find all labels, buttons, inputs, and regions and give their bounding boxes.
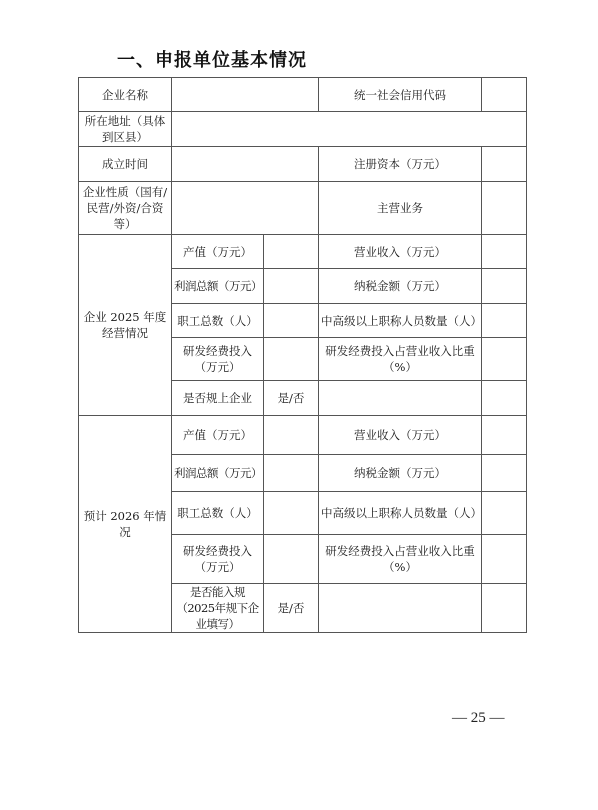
value-field[interactable]	[264, 455, 319, 492]
value-field[interactable]	[482, 492, 527, 535]
page-number: — 25 —	[452, 710, 505, 727]
empty-cell	[319, 381, 482, 416]
value-field[interactable]	[264, 535, 319, 584]
address-field[interactable]	[172, 112, 527, 147]
row-label: 纳税金额（万元）	[319, 269, 482, 304]
scale-choice[interactable]: 是/否	[264, 381, 319, 416]
forecast-2026-label: 预计 2026 年情况	[79, 416, 172, 633]
row-label: 营业收入（万元）	[319, 235, 482, 269]
value-field[interactable]	[264, 304, 319, 338]
table-row: 企业 2025 年度经营情况 产值（万元） 营业收入（万元）	[79, 235, 527, 269]
main-business-field[interactable]	[482, 182, 527, 235]
company-name-field[interactable]	[172, 78, 319, 112]
empty-cell	[482, 381, 527, 416]
application-form-table: 企业名称 统一社会信用代码 所在地址（具体到区县） 成立时间 注册资本（万元） …	[78, 77, 527, 633]
value-field[interactable]	[482, 304, 527, 338]
empty-cell	[482, 584, 527, 633]
value-field[interactable]	[264, 338, 319, 381]
row-label: 研发经费投入占营业收入比重（%）	[319, 338, 482, 381]
value-field[interactable]	[264, 235, 319, 269]
scale-choice[interactable]: 是/否	[264, 584, 319, 633]
nature-label: 企业性质（国有/民营/外资/合资等）	[79, 182, 172, 235]
empty-cell	[319, 584, 482, 633]
value-field[interactable]	[482, 269, 527, 304]
value-field[interactable]	[482, 235, 527, 269]
operations-2025-label: 企业 2025 年度经营情况	[79, 235, 172, 416]
value-field[interactable]	[264, 492, 319, 535]
row-nature: 企业性质（国有/民营/外资/合资等） 主营业务	[79, 182, 527, 235]
row-label: 利润总额（万元）	[172, 269, 264, 304]
row-label: 产值（万元）	[172, 416, 264, 455]
founded-field[interactable]	[172, 147, 319, 182]
row-label: 纳税金额（万元）	[319, 455, 482, 492]
row-label: 研发经费投入占营业收入比重（%）	[319, 535, 482, 584]
row-label: 研发经费投入（万元）	[172, 338, 264, 381]
value-field[interactable]	[482, 535, 527, 584]
founded-label: 成立时间	[79, 147, 172, 182]
nature-field[interactable]	[172, 182, 319, 235]
row-label: 产值（万元）	[172, 235, 264, 269]
value-field[interactable]	[482, 338, 527, 381]
section-title: 一、申报单位基本情况	[117, 46, 307, 72]
scale-label: 是否规上企业	[172, 381, 264, 416]
registered-capital-label: 注册资本（万元）	[319, 147, 482, 182]
value-field[interactable]	[482, 416, 527, 455]
company-name-label: 企业名称	[79, 78, 172, 112]
registered-capital-field[interactable]	[482, 147, 527, 182]
value-field[interactable]	[264, 416, 319, 455]
credit-code-label: 统一社会信用代码	[319, 78, 482, 112]
row-label: 利润总额（万元）	[172, 455, 264, 492]
address-label: 所在地址（具体到区县）	[79, 112, 172, 147]
row-address: 所在地址（具体到区县）	[79, 112, 527, 147]
row-label: 职工总数（人）	[172, 304, 264, 338]
main-business-label: 主营业务	[319, 182, 482, 235]
row-company-name: 企业名称 统一社会信用代码	[79, 78, 527, 112]
scale-label: 是否能入规（2025年规下企业填写）	[172, 584, 264, 633]
value-field[interactable]	[264, 269, 319, 304]
row-label: 职工总数（人）	[172, 492, 264, 535]
credit-code-field[interactable]	[482, 78, 527, 112]
row-founded: 成立时间 注册资本（万元）	[79, 147, 527, 182]
row-label: 中高级以上职称人员数量（人）	[319, 304, 482, 338]
row-label: 营业收入（万元）	[319, 416, 482, 455]
table-row: 预计 2026 年情况 产值（万元） 营业收入（万元）	[79, 416, 527, 455]
row-label: 研发经费投入（万元）	[172, 535, 264, 584]
value-field[interactable]	[482, 455, 527, 492]
row-label: 中高级以上职称人员数量（人）	[319, 492, 482, 535]
